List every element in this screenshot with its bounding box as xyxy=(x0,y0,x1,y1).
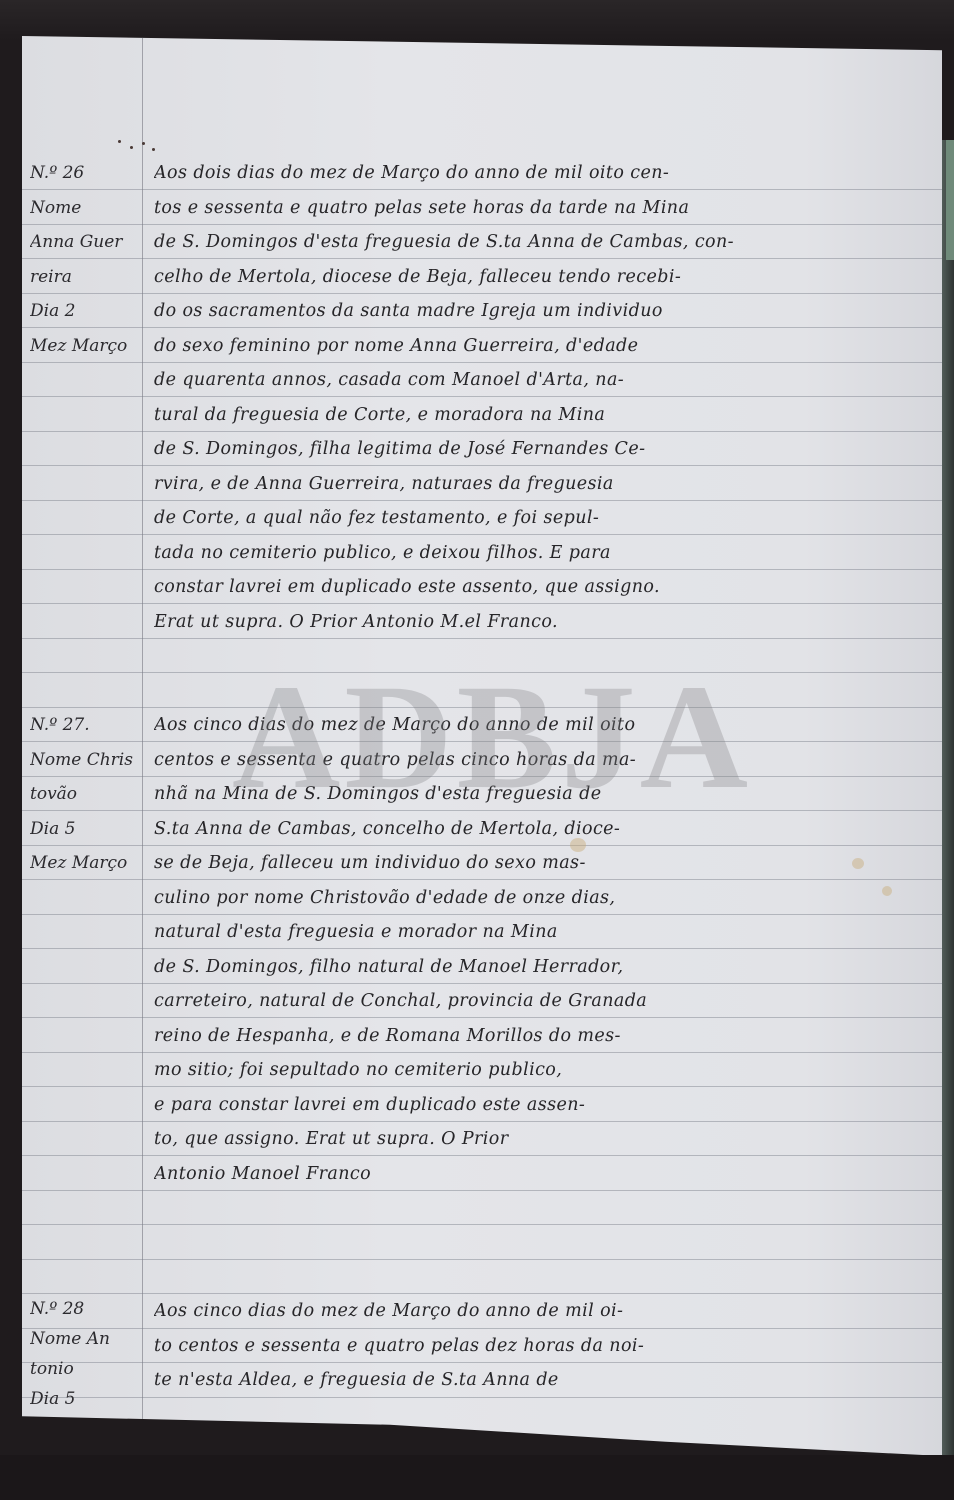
margin-label: Nome An xyxy=(30,1324,140,1354)
margin-name: tovão xyxy=(30,777,140,812)
text-line: rvira, e de Anna Guerreira, naturaes da … xyxy=(154,467,924,502)
text-line: natural d'esta freguesia e morador na Mi… xyxy=(154,915,924,950)
margin-month: Mez Março xyxy=(30,846,140,881)
text-line: do os sacramentos da santa madre Igreja … xyxy=(154,294,924,329)
text-line: Aos cinco dias do mez de Março do anno d… xyxy=(154,708,924,743)
text-line: celho de Mertola, diocese de Beja, falle… xyxy=(154,260,924,295)
text-line: nhã na Mina de S. Domingos d'esta fregue… xyxy=(154,777,924,812)
margin-day: Dia 5 xyxy=(30,812,140,847)
text-line: te n'esta Aldea, e freguesia de S.ta Ann… xyxy=(154,1363,924,1398)
margin-day: Dia 5 xyxy=(30,1384,140,1414)
text-line: de quarenta annos, casada com Manoel d'A… xyxy=(154,363,924,398)
ruled-line xyxy=(22,672,942,673)
ruled-line xyxy=(22,1224,942,1225)
text-line: de S. Domingos d'esta freguesia de S.ta … xyxy=(154,225,924,260)
margin-name: Anna Guer xyxy=(30,225,140,260)
scan-background-top xyxy=(0,0,954,40)
scan-background-bottom xyxy=(0,1455,954,1500)
entry-number: N.º 26 xyxy=(30,156,140,191)
text-line: de S. Domingos, filha legitima de José F… xyxy=(154,432,924,467)
entry-27-margin-note: N.º 27. Nome Chris tovão Dia 5 Mez Março xyxy=(30,708,140,881)
entry-28-margin-note: N.º 28 Nome An tonio Dia 5 Mez Mar ço xyxy=(30,1294,140,1474)
margin-month: Mez Mar xyxy=(30,1414,140,1444)
text-line: e para constar lavrei em duplicado este … xyxy=(154,1088,924,1123)
text-line: constar lavrei em duplicado este assento… xyxy=(154,570,924,605)
text-line: tural da freguesia de Corte, e moradora … xyxy=(154,398,924,433)
margin-month: Mez Março xyxy=(30,329,140,364)
manuscript-page: N.º 26 Nome Anna Guer reira Dia 2 Mez Ma… xyxy=(22,36,942,1456)
signature-line: Antonio Manoel Franco xyxy=(154,1157,924,1192)
text-line: centos e sessenta e quatro pelas cinco h… xyxy=(154,743,924,778)
text-line: Aos cinco dias do mez de Março do anno d… xyxy=(154,1294,924,1329)
margin-name: reira xyxy=(30,260,140,295)
text-line: de Corte, a qual não fez testamento, e f… xyxy=(154,501,924,536)
signature-line: Erat ut supra. O Prior Antonio M.el Fran… xyxy=(154,605,924,640)
text-line: tada no cemiterio publico, e deixou filh… xyxy=(154,536,924,571)
entry-26-text: Aos dois dias do mez de Março do anno de… xyxy=(154,156,924,639)
text-line: carreteiro, natural de Conchal, provinci… xyxy=(154,984,924,1019)
text-line: mo sitio; foi sepultado no cemiterio pub… xyxy=(154,1053,924,1088)
text-line: tos e sessenta e quatro pelas sete horas… xyxy=(154,191,924,226)
entry-number: N.º 28 xyxy=(30,1294,140,1324)
margin-rule xyxy=(142,36,143,1456)
ruled-line xyxy=(22,1259,942,1260)
text-line: se de Beja, falleceu um individuo do sex… xyxy=(154,846,924,881)
text-line: de S. Domingos, filho natural de Manoel … xyxy=(154,950,924,985)
text-line: to, que assigno. Erat ut supra. O Prior xyxy=(154,1122,924,1157)
text-line: Aos dois dias do mez de Março do anno de… xyxy=(154,156,924,191)
green-cover-strip xyxy=(946,140,954,260)
entry-27-text: Aos cinco dias do mez de Março do anno d… xyxy=(154,708,924,1191)
text-line: to centos e sessenta e quatro pelas dez … xyxy=(154,1329,924,1364)
margin-name: tonio xyxy=(30,1354,140,1384)
entry-26-margin-note: N.º 26 Nome Anna Guer reira Dia 2 Mez Ma… xyxy=(30,156,140,363)
text-line: do sexo feminino por nome Anna Guerreira… xyxy=(154,329,924,364)
margin-label: Nome Chris xyxy=(30,743,140,778)
text-line: reino de Hespanha, e de Romana Morillos … xyxy=(154,1019,924,1054)
text-line: culino por nome Christovão d'edade de on… xyxy=(154,881,924,916)
ink-specks xyxy=(112,136,172,156)
margin-label: Nome xyxy=(30,191,140,226)
entry-28-text: Aos cinco dias do mez de Março do anno d… xyxy=(154,1294,924,1398)
margin-day: Dia 2 xyxy=(30,294,140,329)
text-line: S.ta Anna de Cambas, concelho de Mertola… xyxy=(154,812,924,847)
entry-number: N.º 27. xyxy=(30,708,140,743)
